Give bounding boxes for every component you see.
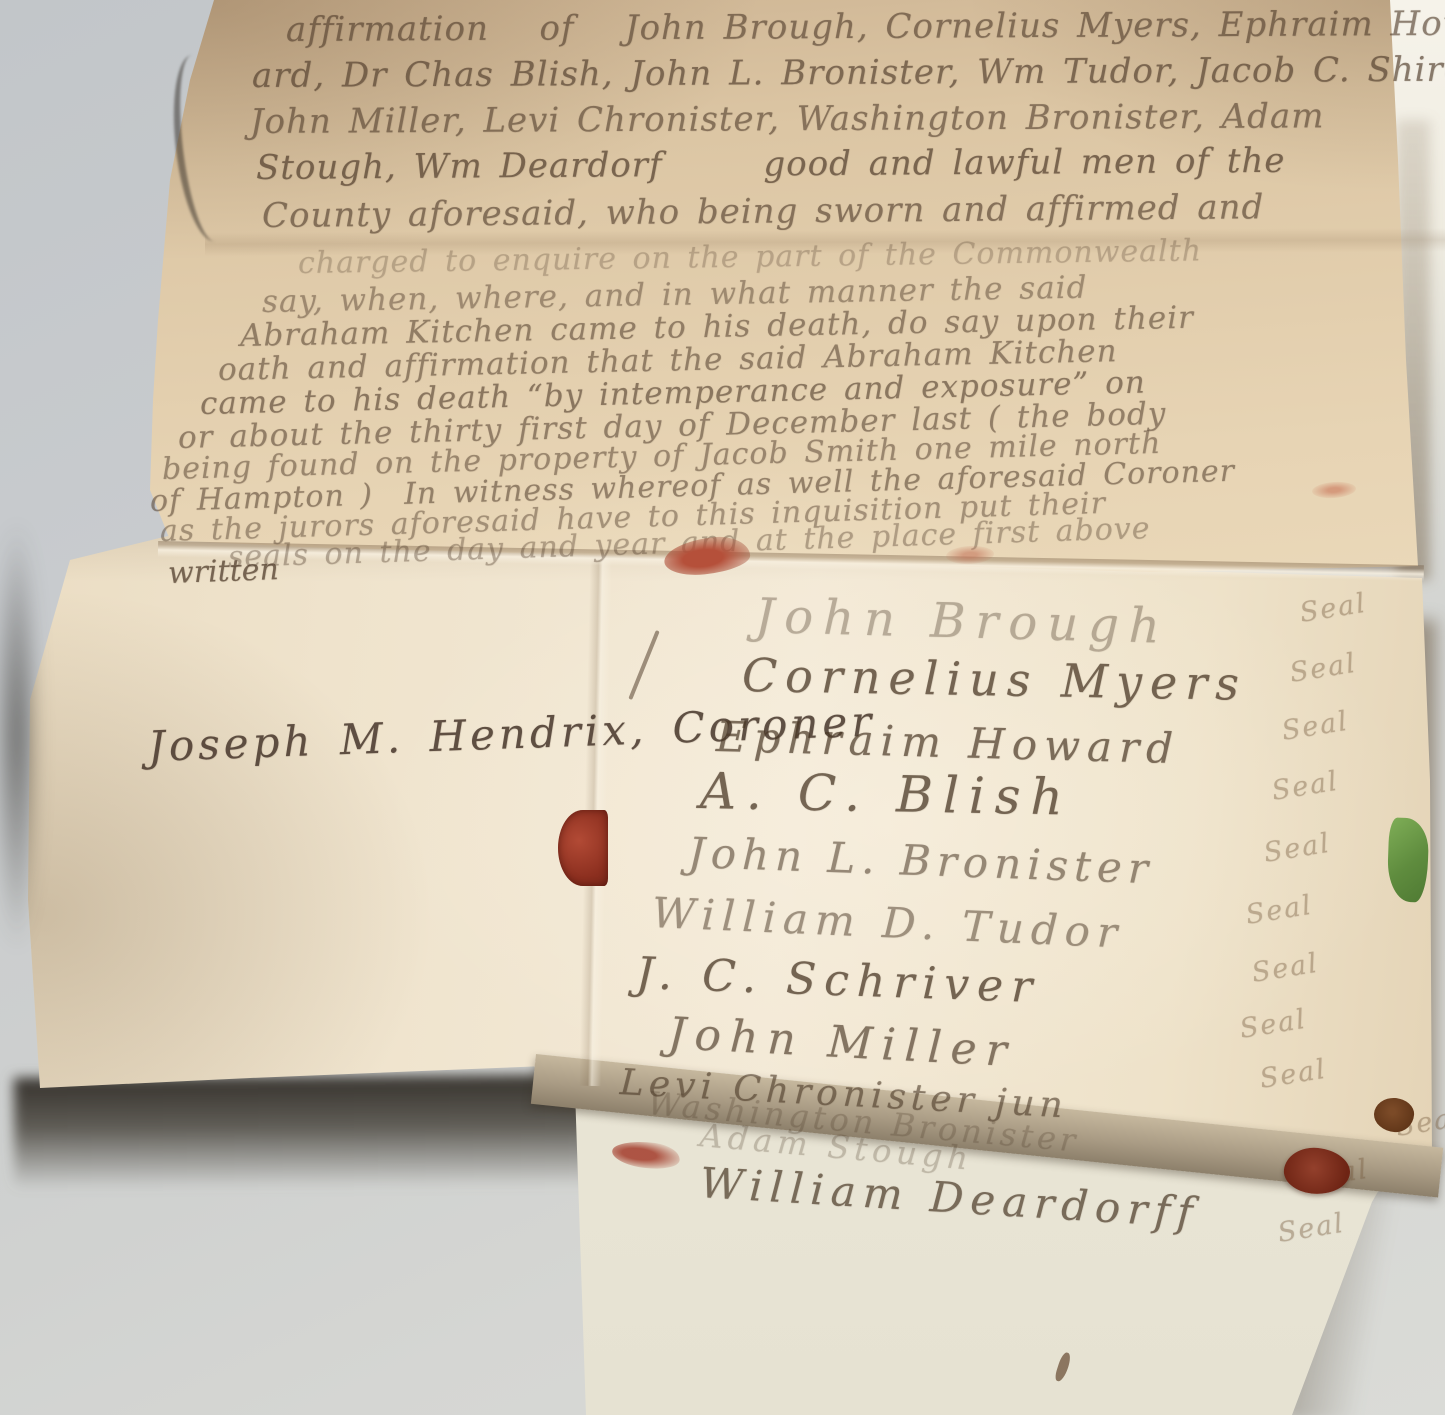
red-wax-seal-half <box>558 810 608 886</box>
paper-shadow-bottom-left <box>14 1074 599 1189</box>
juror-signature: Cornelius Myers <box>742 648 1248 711</box>
manuscript-line: affirmation of John Brough, Cornelius My… <box>286 4 1445 50</box>
photograph-of-document: affirmation of John Brough, Cornelius My… <box>0 0 1445 1415</box>
manuscript-line: John Miller, Levi Chronister, Washington… <box>250 96 1325 142</box>
juror-signature: A. C. Blish <box>699 762 1073 826</box>
juror-signature: John Brough <box>754 588 1170 655</box>
manuscript-line: Stough, Wm Deardorf good and lawful men … <box>256 141 1286 188</box>
manuscript-line: ard, Dr Chas Blish, John L. Bronister, W… <box>252 49 1445 96</box>
left-edge-shadow <box>0 466 52 1066</box>
closing-word: written <box>167 552 279 591</box>
